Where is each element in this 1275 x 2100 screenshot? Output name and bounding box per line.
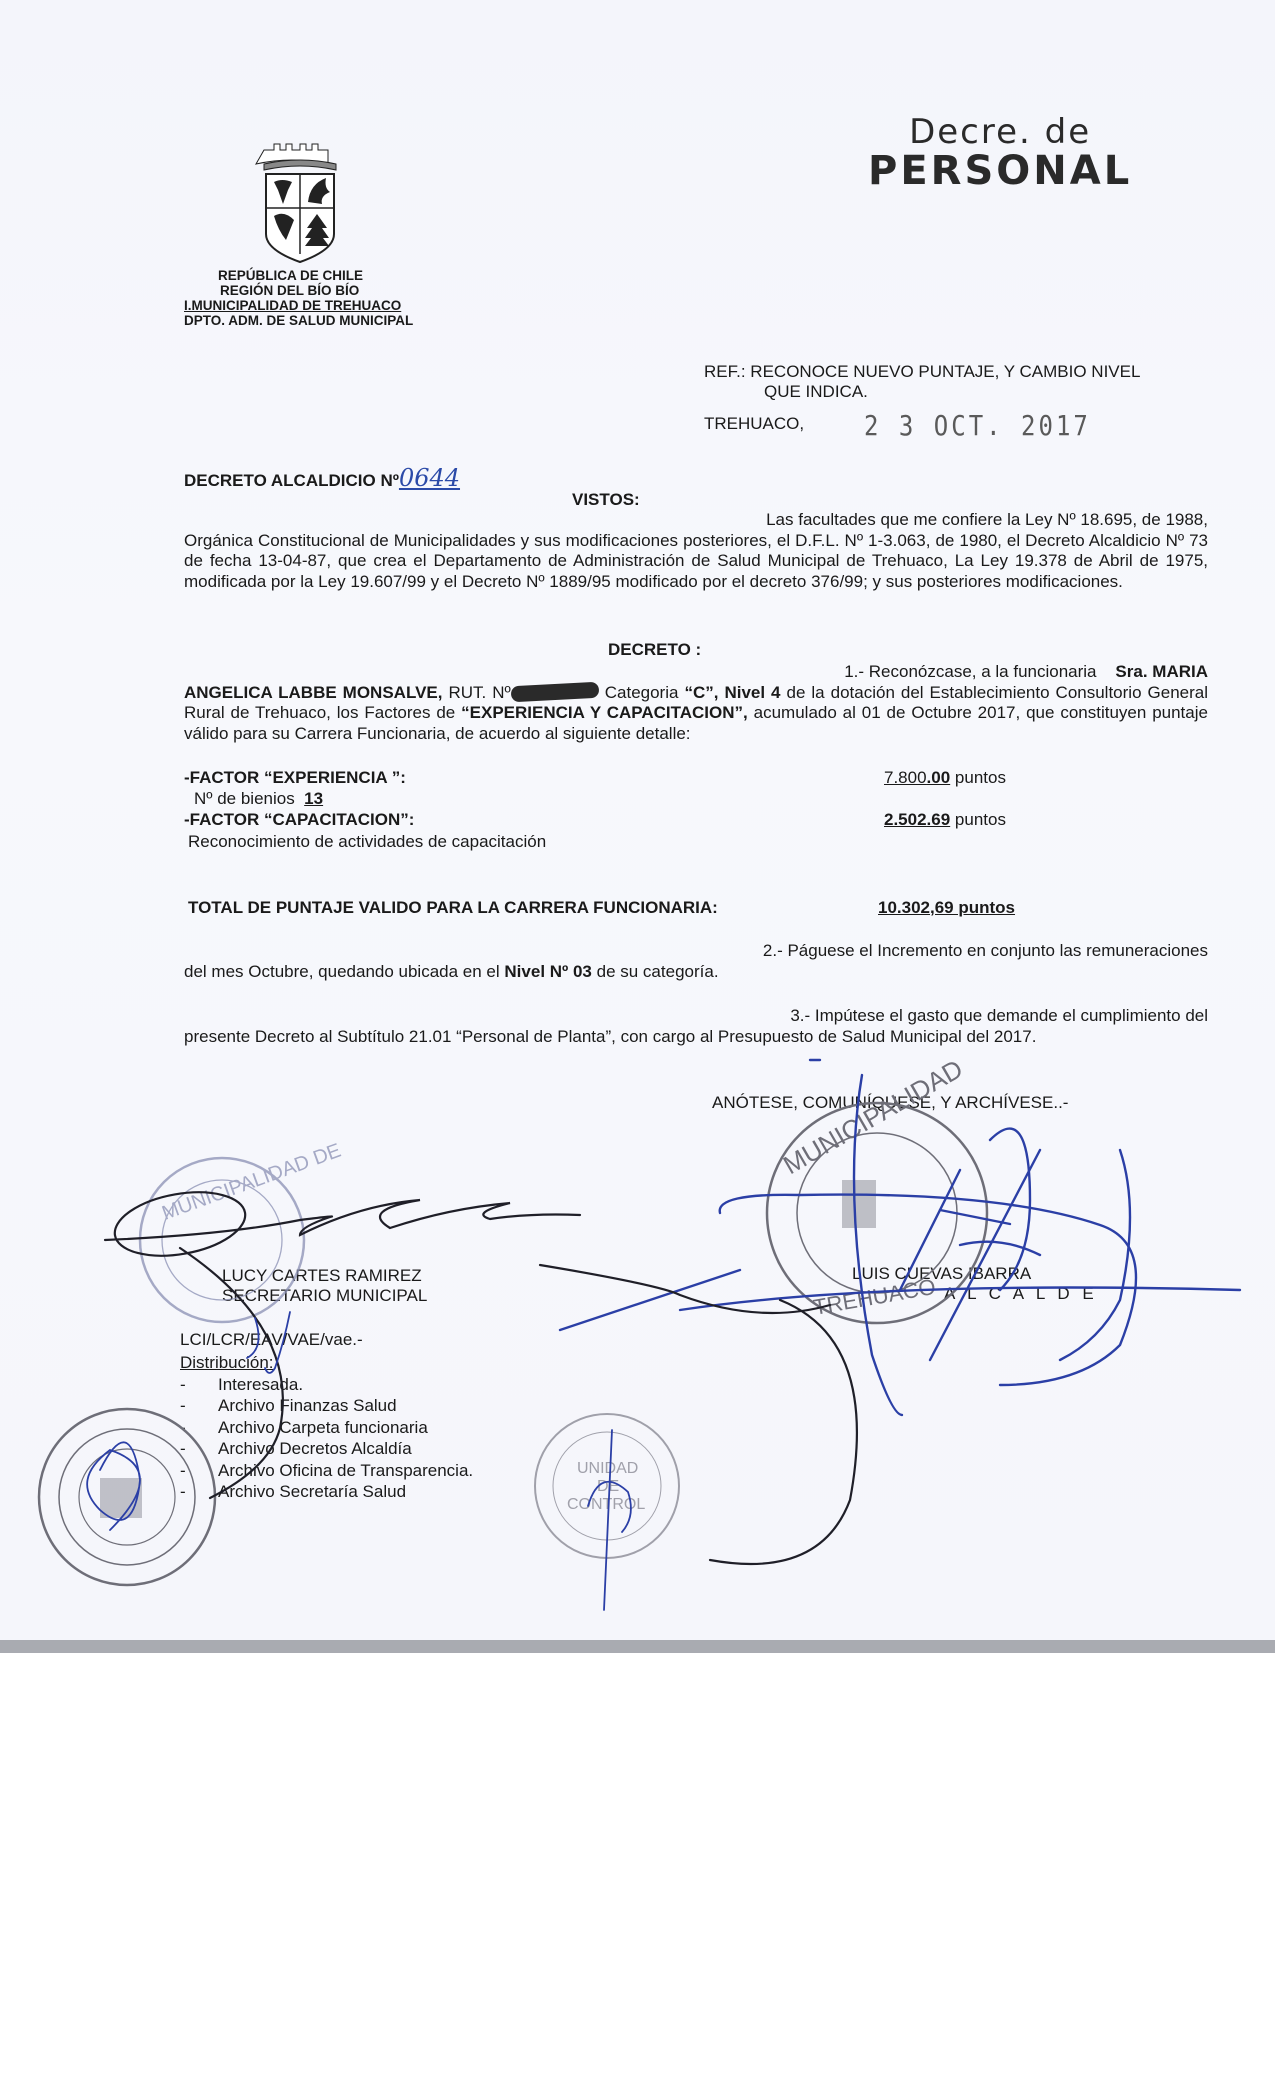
distribution-item-label: Archivo Secretaría Salud	[218, 1481, 406, 1503]
total-label: TOTAL DE PUNTAJE VALIDO PARA LA CARRERA …	[188, 898, 718, 918]
employee-honorific: Sra. MARIA	[1115, 662, 1208, 681]
vistos-body: Orgánica Constitucional de Municipalidad…	[184, 531, 1208, 593]
factor-capacitacion-value: 2.502.69 puntos	[884, 810, 1006, 830]
capacitacion-int: 2.502	[884, 810, 927, 829]
distribution-item: -Archivo Decretos Alcaldía	[180, 1438, 473, 1460]
factor-capacitacion-detail: Reconocimiento de actividades de capacit…	[188, 832, 546, 852]
distribution-item: -Interesada.	[180, 1374, 473, 1396]
experiencia-unit: puntos	[955, 768, 1006, 787]
institution-line-2: REGIÓN DEL BÍO BÍO	[184, 283, 413, 298]
decree-item-2: 2.- Páguese el Incremento en conjunto la…	[184, 941, 1208, 982]
secretario-name: LUCY CARTES RAMIREZ	[222, 1266, 427, 1286]
experiencia-int: 7.800	[884, 768, 927, 787]
factor-experiencia-value: 7.800.00 puntos	[884, 768, 1006, 788]
factor-capacitacion-label: -FACTOR “CAPACITACION”:	[184, 810, 414, 830]
decree-number-label: DECRETO ALCALDICIO Nº	[184, 471, 399, 490]
typist-initials: LCI/LCR/EAV/VAE/vae.-	[180, 1330, 363, 1350]
stamp-line-2: PERSONAL	[868, 148, 1132, 194]
employee-name: ANGELICA LABBE MONSALVE,	[184, 683, 442, 702]
factor-experiencia-detail: Nº de bienios 13	[194, 789, 323, 809]
vistos-heading: VISTOS:	[572, 490, 640, 510]
factor-experiencia-label: -FACTOR “EXPERIENCIA ”:	[184, 768, 406, 788]
personal-decree-stamp: Decre. de PERSONAL	[868, 112, 1132, 194]
bienios-label: Nº de bienios	[194, 789, 295, 808]
institution-line-3: I.MUNICIPALIDAD DE TREHUACO	[184, 298, 413, 313]
item2-text-a: del mes Octubre, quedando ubicada en el	[184, 962, 500, 981]
distribution-item-label: Interesada.	[218, 1374, 303, 1396]
stamp-line-1: Decre. de	[868, 112, 1132, 152]
scanned-page: Decre. de PERSONAL REPÚBLICA DE CHILE RE…	[0, 0, 1275, 1650]
decree-item-3: 3.- Impútese el gasto que demande el cum…	[184, 1006, 1208, 1047]
alcalde-signature-block: LUIS CUEVAS IBARRA A L C A L D E	[852, 1264, 1098, 1304]
ref-line-1: RECONOCE NUEVO PUNTAJE, Y CAMBIO NIVEL	[750, 362, 1140, 381]
secretario-title: SECRETARIO MUNICIPAL	[222, 1286, 427, 1306]
rut-label: RUT. Nº	[448, 683, 510, 702]
scan-edge	[0, 1640, 1275, 1653]
alcalde-title: A L C A L D E	[852, 1284, 1098, 1304]
reference-block: REF.: RECONOCE NUEVO PUNTAJE, Y CAMBIO N…	[704, 362, 1140, 402]
secretario-signature-block: LUCY CARTES RAMIREZ SECRETARIO MUNICIPAL	[222, 1266, 427, 1306]
capacitacion-dec: .69	[927, 810, 951, 829]
decree-number: DECRETO ALCALDICIO Nº0644	[184, 464, 460, 492]
distribution-item-label: Archivo Finanzas Salud	[218, 1395, 397, 1417]
date-stamp: 2 3 OCT. 2017	[864, 410, 1091, 442]
item3-text: presente Decreto al Subtítulo 21.01 “Per…	[184, 1027, 1208, 1048]
distribution-item: -Archivo Oficina de Transparencia.	[180, 1460, 473, 1482]
alcalde-name: LUIS CUEVAS IBARRA	[852, 1264, 1098, 1284]
distribution-item-label: Archivo Carpeta funcionaria	[218, 1417, 428, 1439]
item2-text-b: de su categoría.	[597, 962, 719, 981]
place: TREHUACO,	[704, 414, 804, 434]
institution-block: REPÚBLICA DE CHILE REGIÓN DEL BÍO BÍO I.…	[184, 268, 413, 328]
total-value: 10.302,69 puntos	[878, 898, 1015, 918]
categoria-label: Categoria	[605, 683, 679, 702]
vistos-paragraph: Las facultades que me confiere la Ley Nº…	[184, 510, 1208, 592]
distribution-item-label: Archivo Decretos Alcaldía	[218, 1438, 412, 1460]
svg-text:MUNICIPALIDAD: MUNICIPALIDAD	[778, 1053, 968, 1180]
closing-formula: ANÓTESE, COMUNÍQUESE, Y ARCHÍVESE..-	[712, 1093, 1068, 1113]
ref-label: REF.:	[704, 362, 746, 381]
distribution-item: -Archivo Secretaría Salud	[180, 1481, 473, 1503]
alcalde-signature-icon	[560, 1060, 1240, 1415]
item2-lead: 2.- Páguese el Incremento en conjunto la…	[184, 941, 1208, 962]
rut-redaction	[510, 681, 599, 702]
distribution-item-label: Archivo Oficina de Transparencia.	[218, 1460, 473, 1482]
handwritten-decree-number: 0644	[399, 464, 460, 492]
institution-line-4: DPTO. ADM. DE SALUD MUNICIPAL	[184, 313, 413, 328]
distribution-list: Distribución: -Interesada. -Archivo Fina…	[180, 1352, 473, 1503]
distribution-title: Distribución:	[180, 1352, 473, 1374]
nivel-value: Nivel Nº 03	[504, 962, 591, 981]
institution-line-1: REPÚBLICA DE CHILE	[184, 268, 413, 283]
control-seal-icon: UNIDAD DE CONTROL	[535, 1414, 679, 1558]
capacitacion-unit: puntos	[955, 810, 1006, 829]
svg-text:UNIDAD: UNIDAD	[577, 1460, 638, 1477]
bienios-value: 13	[304, 789, 323, 808]
item3-lead: 3.- Impútese el gasto que demande el cum…	[184, 1006, 1208, 1027]
item1-lead: 1.- Reconózcase, a la funcionaria	[844, 662, 1096, 681]
svg-text:CONTROL: CONTROL	[567, 1496, 645, 1513]
experiencia-dec: .00	[927, 768, 951, 787]
factors-label: “EXPERIENCIA Y CAPACITACION”,	[461, 703, 748, 722]
municipal-crest-icon	[252, 142, 348, 264]
svg-text:MUNICIPALIDAD DE: MUNICIPALIDAD DE	[159, 1140, 344, 1225]
distribution-item: -Archivo Finanzas Salud	[180, 1395, 473, 1417]
ref-line-2: QUE INDICA.	[704, 382, 1140, 402]
categoria-value: “C”, Nivel 4	[684, 683, 780, 702]
svg-text:DE: DE	[597, 1478, 619, 1495]
decree-item-1: 1.- Reconózcase, a la funcionaria Sra. M…	[184, 662, 1208, 744]
vistos-lead: Las facultades que me confiere la Ley Nº…	[184, 510, 1208, 531]
distribution-item: -Archivo Carpeta funcionaria	[180, 1417, 473, 1439]
decreto-heading: DECRETO :	[608, 640, 701, 660]
